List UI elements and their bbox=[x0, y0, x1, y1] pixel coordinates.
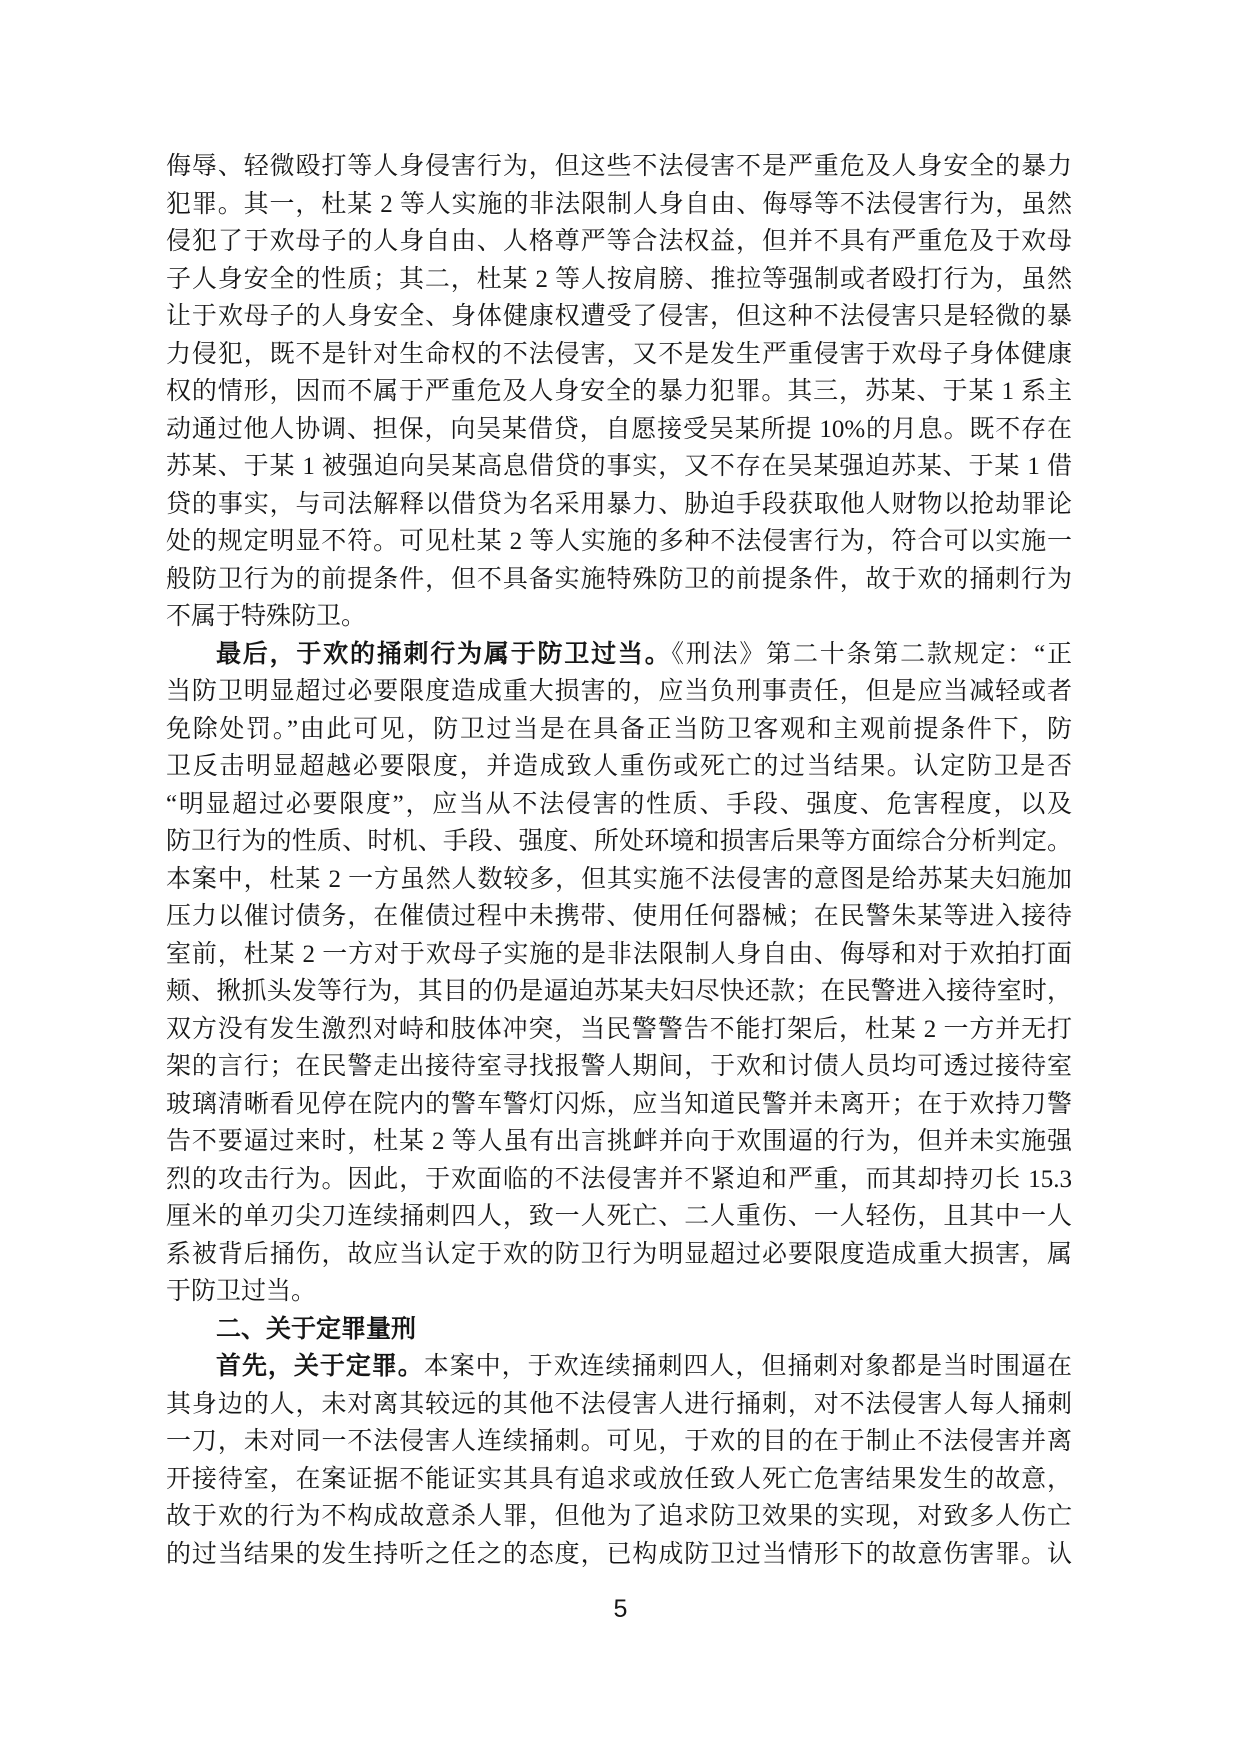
text-line: 最后，于欢的捅刺行为属于防卫过当。《刑法》第二十条第二款规定：“正 bbox=[166, 636, 1072, 674]
text-line: 故于欢的行为不构成故意杀人罪，但他为了追求防卫效果的实现，对致多人伤亡 bbox=[166, 1498, 1072, 1536]
text-line: 般防卫行为的前提条件，但不具备实施特殊防卫的前提条件，故于欢的捅刺行为 bbox=[166, 561, 1072, 599]
text-line: 当防卫明显超过必要限度造成重大损害的，应当负刑事责任，但是应当减轻或者 bbox=[166, 673, 1072, 711]
text-line: 防卫行为的性质、时机、手段、强度、所处环境和损害后果等方面综合分析判定。 bbox=[166, 823, 1072, 861]
text-line: 动通过他人协调、担保，向吴某借贷，自愿接受吴某所提 10%的月息。既不存在 bbox=[166, 411, 1072, 449]
text-line: 室前，杜某 2 一方对于欢母子实施的是非法限制人身自由、侮辱和对于欢拍打面 bbox=[166, 936, 1072, 974]
text-line: “明显超过必要限度”，应当从不法侵害的性质、手段、强度、危害程度，以及 bbox=[166, 786, 1072, 824]
text-line: 免除处罚。”由此可见，防卫过当是在具备正当防卫客观和主观前提条件下，防 bbox=[166, 711, 1072, 749]
text-line: 力侵犯，既不是针对生命权的不法侵害，又不是发生严重侵害于欢母子身体健康 bbox=[166, 336, 1072, 374]
document-page: 侮辱、轻微殴打等人身侵害行为，但这些不法侵害不是严重危及人身安全的暴力 犯罪。其… bbox=[0, 0, 1241, 1754]
text-line: 玻璃清晰看见停在院内的警车警灯闪烁，应当知道民警并未离开；在于欢持刀警 bbox=[166, 1086, 1072, 1124]
text-line: 其身边的人，未对离其较远的其他不法侵害人进行捅刺，对不法侵害人每人捅刺 bbox=[166, 1386, 1072, 1424]
text-line: 开接待室，在案证据不能证实其具有追求或放任致人死亡危害结果发生的故意， bbox=[166, 1461, 1072, 1499]
text-line: 卫反击明显超越必要限度，并造成致人重伤或死亡的过当结果。认定防卫是否 bbox=[166, 748, 1072, 786]
paragraph-lead-bold: 最后，于欢的捅刺行为属于防卫过当。 bbox=[216, 641, 671, 668]
text-line: 双方没有发生激烈对峙和肢体冲突，当民警警告不能打架后，杜某 2 一方并无打 bbox=[166, 1011, 1072, 1049]
text-line: 架的言行；在民警走出接待室寻找报警人期间，于欢和讨债人员均可透过接待室 bbox=[166, 1048, 1072, 1086]
text-line: 首先，关于定罪。本案中，于欢连续捅刺四人，但捅刺对象都是当时围逼在 bbox=[166, 1348, 1072, 1386]
text-line: 贷的事实，与司法解释以借贷为名采用暴力、胁迫手段获取他人财物以抢劫罪论 bbox=[166, 486, 1072, 524]
page-number: 5 bbox=[0, 1594, 1241, 1624]
paragraph-text: 本案中，于欢连续捅刺四人，但捅刺对象都是当时围逼在 bbox=[424, 1353, 1072, 1380]
text-line: 子人身安全的性质；其二，杜某 2 等人按肩膀、推拉等强制或者殴打行为，虽然 bbox=[166, 261, 1072, 299]
text-line: 权的情形，因而不属于严重危及人身安全的暴力犯罪。其三，苏某、于某 1 系主 bbox=[166, 373, 1072, 411]
paragraph-lead-bold: 首先，关于定罪。 bbox=[216, 1353, 424, 1380]
text-line: 压力以催讨债务，在催债过程中未携带、使用任何器械；在民警朱某等进入接待 bbox=[166, 898, 1072, 936]
text-line: 一刀，未对同一不法侵害人连续捅刺。可见，于欢的目的在于制止不法侵害并离 bbox=[166, 1423, 1072, 1461]
section-heading: 二、关于定罪量刑 bbox=[166, 1311, 1072, 1349]
text-line: 系被背后捅伤，故应当认定于欢的防卫行为明显超过必要限度造成重大损害，属 bbox=[166, 1236, 1072, 1274]
text-line: 不属于特殊防卫。 bbox=[166, 598, 1072, 636]
text-line: 苏某、于某 1 被强迫向吴某高息借贷的事实，又不存在吴某强迫苏某、于某 1 借 bbox=[166, 448, 1072, 486]
paragraph-text: 《刑法》第二十条第二款规定：“正 bbox=[671, 641, 1072, 668]
text-line: 让于欢母子的人身安全、身体健康权遭受了侵害，但这种不法侵害只是轻微的暴 bbox=[166, 298, 1072, 336]
text-line: 犯罪。其一，杜某 2 等人实施的非法限制人身自由、侮辱等不法侵害行为，虽然 bbox=[166, 186, 1072, 224]
text-line: 厘米的单刃尖刀连续捅刺四人，致一人死亡、二人重伤、一人轻伤，且其中一人 bbox=[166, 1198, 1072, 1236]
text-line: 颊、揪抓头发等行为，其目的仍是逼迫苏某夫妇尽快还款；在民警进入接待室时， bbox=[166, 973, 1072, 1011]
text-line: 于防卫过当。 bbox=[166, 1273, 1072, 1311]
text-line: 本案中，杜某 2 一方虽然人数较多，但其实施不法侵害的意图是给苏某夫妇施加 bbox=[166, 861, 1072, 899]
text-line: 的过当结果的发生持听之任之的态度，已构成防卫过当情形下的故意伤害罪。认 bbox=[166, 1536, 1072, 1574]
text-line: 侮辱、轻微殴打等人身侵害行为，但这些不法侵害不是严重危及人身安全的暴力 bbox=[166, 148, 1072, 186]
text-line: 烈的攻击行为。因此，于欢面临的不法侵害并不紧迫和严重，而其却持刃长 15.3 bbox=[166, 1161, 1072, 1199]
document-body: 侮辱、轻微殴打等人身侵害行为，但这些不法侵害不是严重危及人身安全的暴力 犯罪。其… bbox=[166, 148, 1072, 1573]
text-line: 处的规定明显不符。可见杜某 2 等人实施的多种不法侵害行为，符合可以实施一 bbox=[166, 523, 1072, 561]
text-line: 告不要逼过来时，杜某 2 等人虽有出言挑衅并向于欢围逼的行为，但并未实施强 bbox=[166, 1123, 1072, 1161]
text-line: 侵犯了于欢母子的人身自由、人格尊严等合法权益，但并不具有严重危及于欢母 bbox=[166, 223, 1072, 261]
